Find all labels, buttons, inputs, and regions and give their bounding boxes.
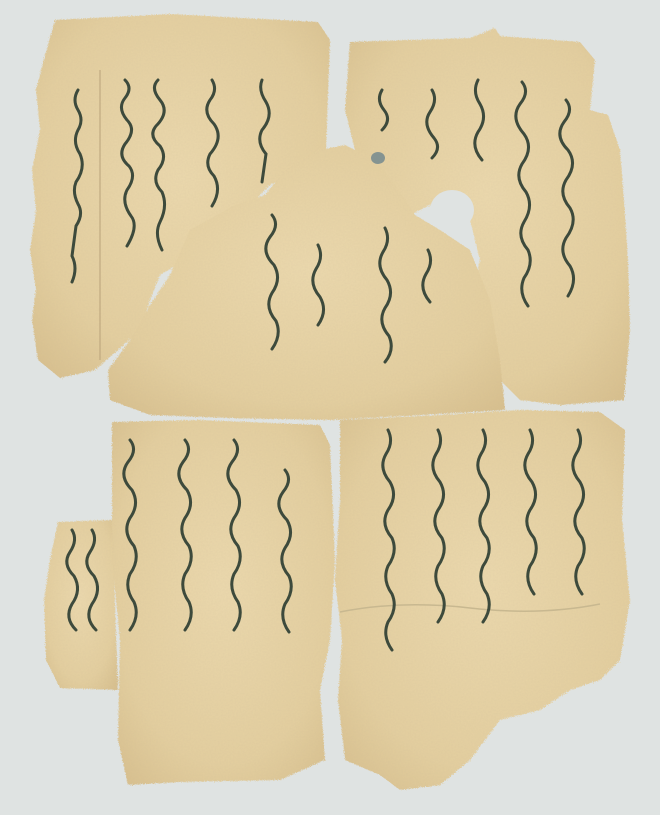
fragment-bottom-right bbox=[335, 410, 630, 790]
manuscript-fragments bbox=[0, 0, 660, 815]
fragment-bottom-left bbox=[112, 420, 335, 785]
fragment-bottom-left-small bbox=[44, 520, 118, 690]
manuscript-photo: Fragmentary manuscript in traditional Mo… bbox=[0, 0, 660, 815]
